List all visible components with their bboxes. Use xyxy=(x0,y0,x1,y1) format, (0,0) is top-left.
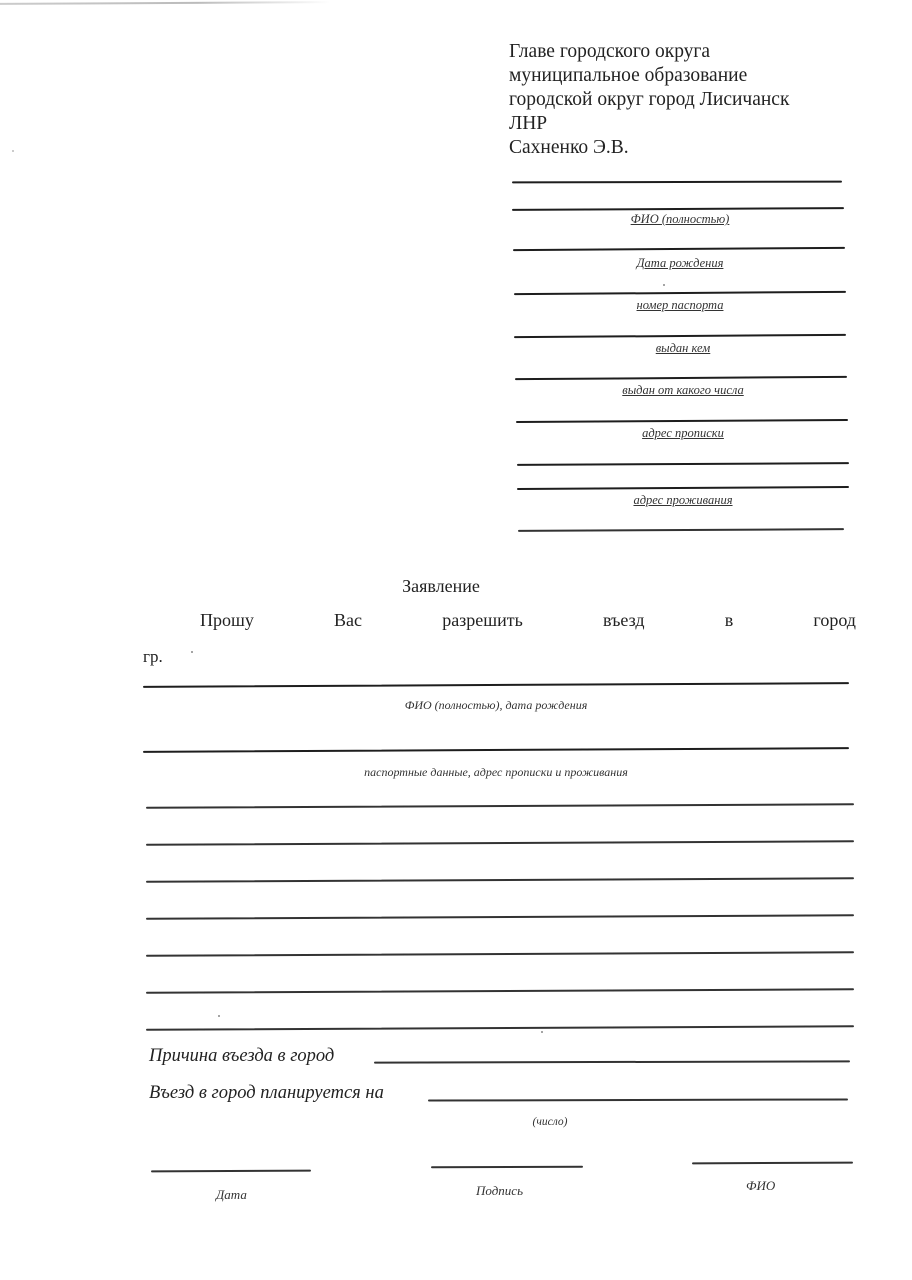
blank-writing-line[interactable] xyxy=(146,1025,854,1030)
residence-address-field-line[interactable] xyxy=(517,486,849,490)
name-signature-line[interactable] xyxy=(692,1162,853,1164)
scan-speck xyxy=(191,651,193,653)
addressee-line: ЛНР xyxy=(509,112,789,136)
planned-date-caption: (число) xyxy=(500,1116,600,1128)
blank-writing-line[interactable] xyxy=(146,877,854,882)
planned-date-field-line[interactable] xyxy=(428,1098,848,1101)
request-word: город xyxy=(813,610,856,631)
registration-address-field-line[interactable] xyxy=(516,419,848,423)
full-name-field-line[interactable] xyxy=(512,207,844,211)
blank-writing-line[interactable] xyxy=(146,840,854,845)
issue-date-caption: выдан от какого числа xyxy=(518,383,848,398)
date-signature-line[interactable] xyxy=(151,1170,311,1172)
request-word: Вас xyxy=(334,610,362,631)
issued-by-caption: выдан кем xyxy=(518,341,848,356)
addressee-line: городской округ город Лисичанск xyxy=(509,88,789,112)
scan-speck xyxy=(218,1015,220,1017)
name-caption: ФИО xyxy=(746,1178,775,1194)
request-word: въезд xyxy=(603,610,645,631)
blank-writing-line[interactable] xyxy=(146,988,854,993)
scan-speck xyxy=(663,284,665,286)
applicant-blank-line[interactable] xyxy=(512,181,842,184)
signature-line[interactable] xyxy=(431,1166,583,1168)
addressee-line: Сахненко Э.В. xyxy=(509,136,789,160)
blank-writing-line[interactable] xyxy=(146,914,854,919)
addressee-line: Главе городского округа xyxy=(509,40,789,64)
birth-date-field-line[interactable] xyxy=(513,247,845,251)
name-birth-field-line[interactable] xyxy=(143,682,849,688)
passport-address-field-line[interactable] xyxy=(143,747,849,753)
blank-writing-line[interactable] xyxy=(146,951,854,956)
passport-number-caption: номер паспорта xyxy=(515,298,845,313)
name-birth-caption: ФИО (полностью), дата рождения xyxy=(143,698,849,713)
passport-number-field-line[interactable] xyxy=(514,291,846,295)
document-title: Заявление xyxy=(0,576,912,597)
issued-by-field-line[interactable] xyxy=(514,334,846,338)
birth-date-caption: Дата рождения xyxy=(515,256,845,271)
issue-date-field-line[interactable] xyxy=(515,376,847,380)
addressee-block: Главе городского округа муниципальное об… xyxy=(509,40,789,160)
blank-writing-line[interactable] xyxy=(146,803,854,808)
request-word: разрешить xyxy=(442,610,523,631)
scan-speck xyxy=(12,150,14,152)
signature-caption: Подпись xyxy=(476,1183,523,1199)
scan-speck xyxy=(541,1031,543,1033)
residence-address-extra-line[interactable] xyxy=(518,528,844,531)
request-word: в xyxy=(725,610,734,631)
scan-edge-artifact xyxy=(0,1,330,5)
addressee-line: муниципальное образование xyxy=(509,64,789,88)
full-name-caption: ФИО (полностью) xyxy=(515,212,845,227)
document-title-text: Заявление xyxy=(402,576,480,597)
request-sentence: Прошу Вас разрешить въезд в город xyxy=(200,610,856,631)
reason-field-line[interactable] xyxy=(374,1060,850,1063)
request-word: Прошу xyxy=(200,610,254,631)
citizen-prefix: гр. xyxy=(143,647,163,667)
residence-address-caption: адрес проживания xyxy=(518,493,848,508)
registration-address-extra-line[interactable] xyxy=(517,462,849,466)
reason-label: Причина въезда в город xyxy=(149,1046,334,1067)
date-caption: Дата xyxy=(216,1187,247,1203)
registration-address-caption: адрес прописки xyxy=(518,426,848,441)
passport-address-caption: паспортные данные, адрес прописки и прож… xyxy=(143,765,849,780)
planned-label: Въезд в город планируется на xyxy=(149,1083,384,1104)
